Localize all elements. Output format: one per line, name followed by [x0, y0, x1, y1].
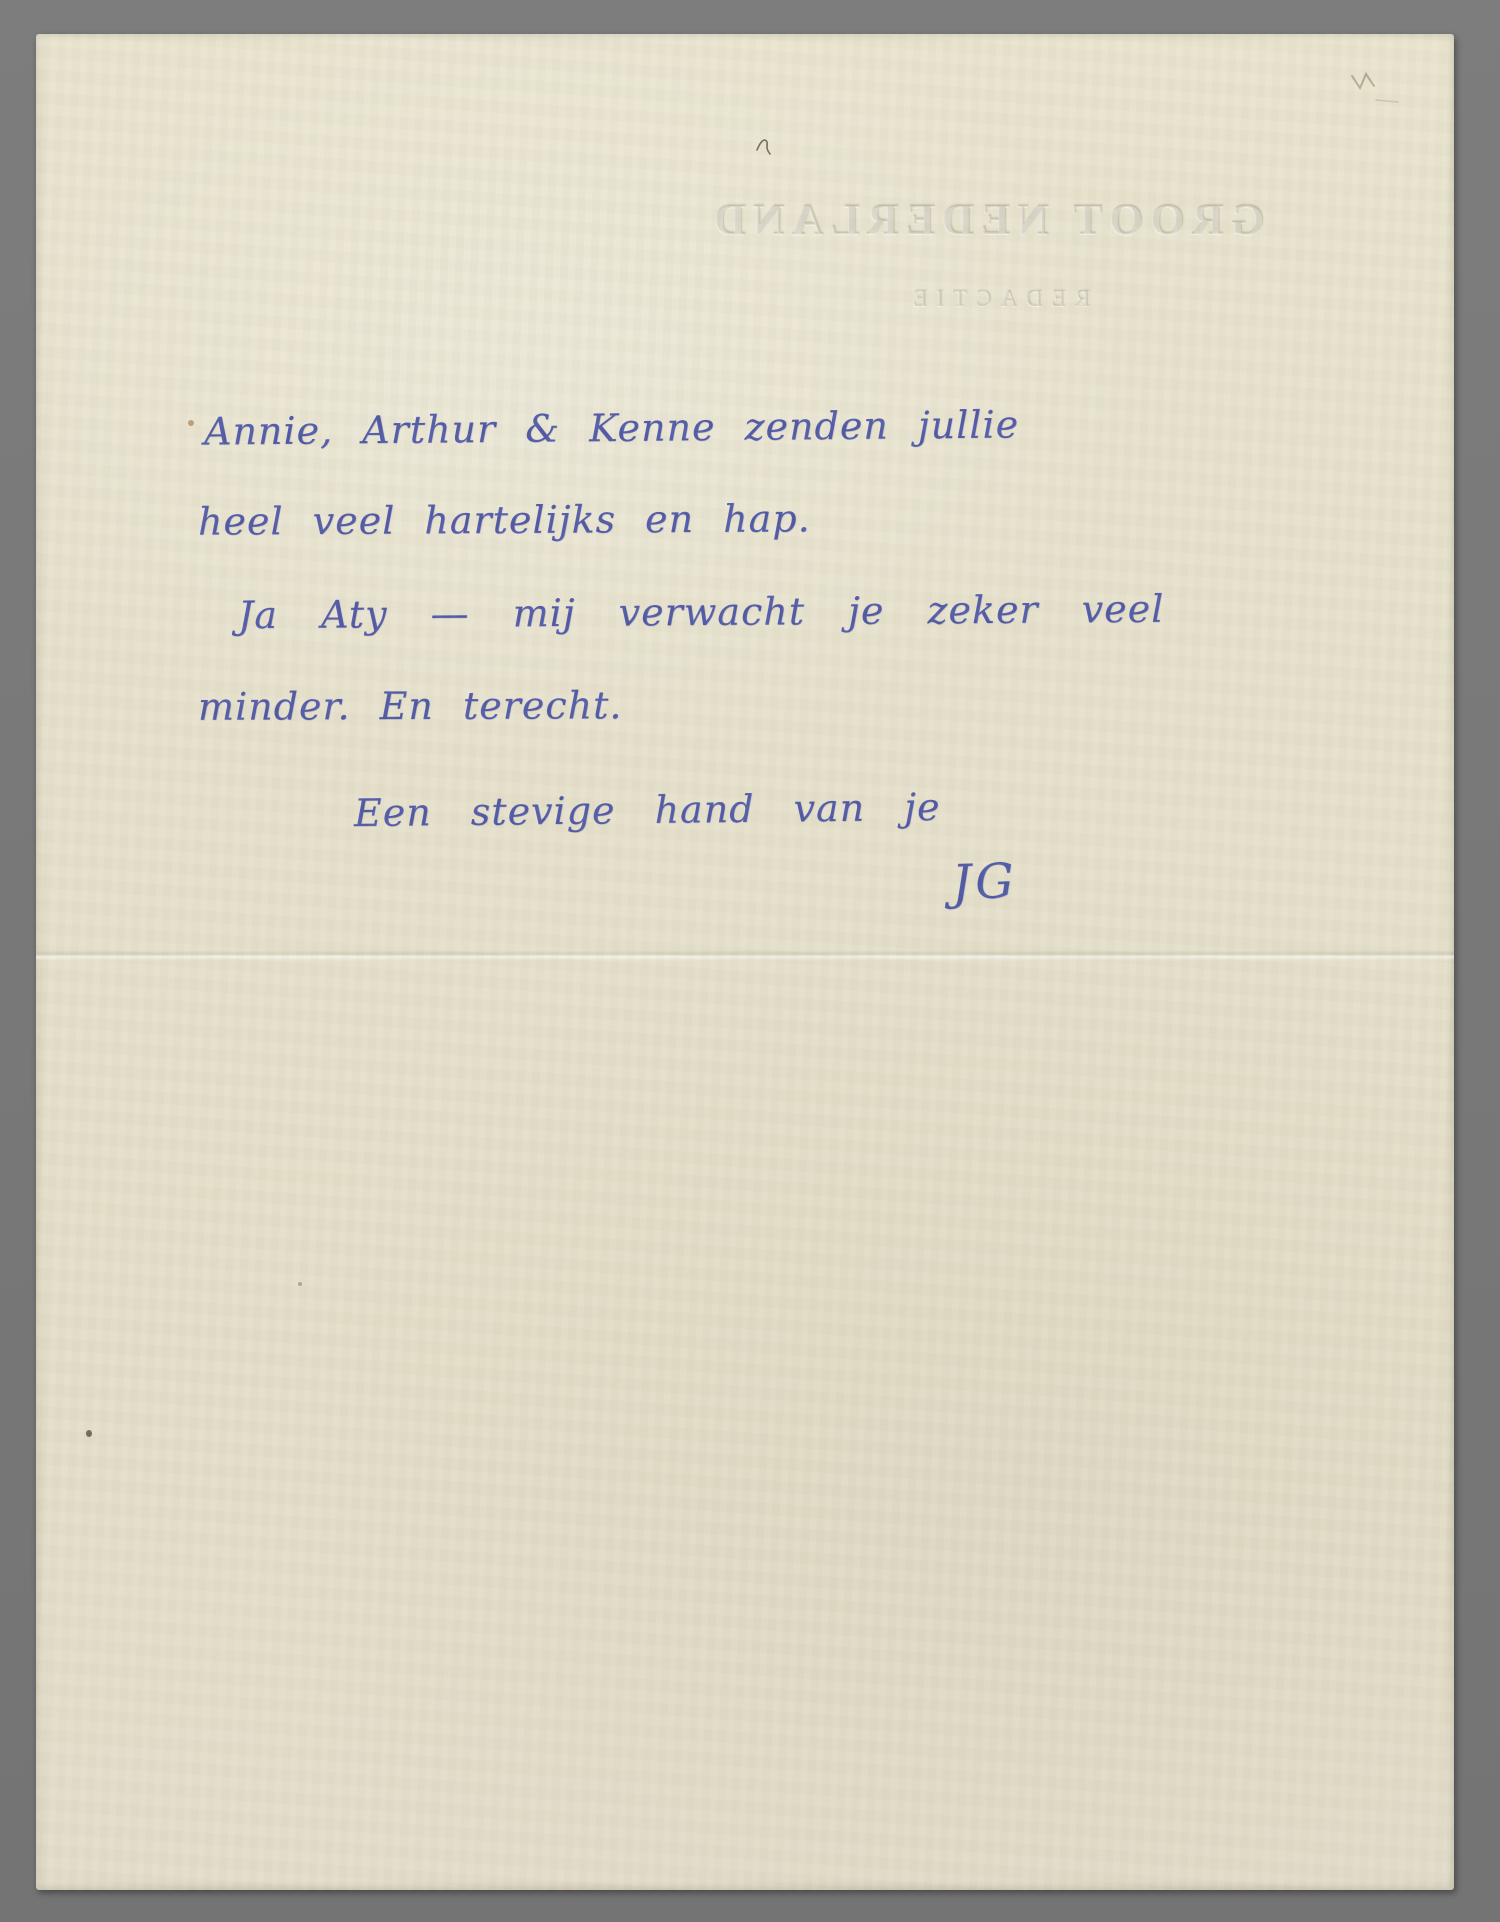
paper-speck: [188, 420, 194, 426]
fold-crease: [36, 950, 1454, 961]
ink-squiggle: [754, 136, 780, 158]
embossed-letterhead-subtitle: REDACTIE: [915, 286, 1090, 312]
handwriting-line-5: Een stevige hand van je: [354, 785, 941, 835]
signature: JG: [951, 853, 1019, 911]
embossed-letterhead-title: GROOT NEDERLAND: [696, 194, 1276, 245]
handwriting-line-1: Annie, Arthur & Kenne zenden jullie: [204, 402, 1019, 453]
paper-speck: [86, 1430, 92, 1437]
handwriting-line-2: heel veel hartelijks en hap.: [198, 496, 811, 543]
pencil-mark: [1346, 62, 1416, 108]
paper-speck: [298, 1282, 302, 1286]
handwriting-line-4: minder. En terecht.: [198, 683, 623, 728]
scan-background: GROOT NEDERLAND REDACTIE Annie, Arthur &…: [0, 0, 1500, 1922]
handwriting-line-3: Ja Aty — mij verwacht je zeker veel: [238, 587, 1165, 637]
letter-page: GROOT NEDERLAND REDACTIE Annie, Arthur &…: [36, 34, 1454, 1890]
